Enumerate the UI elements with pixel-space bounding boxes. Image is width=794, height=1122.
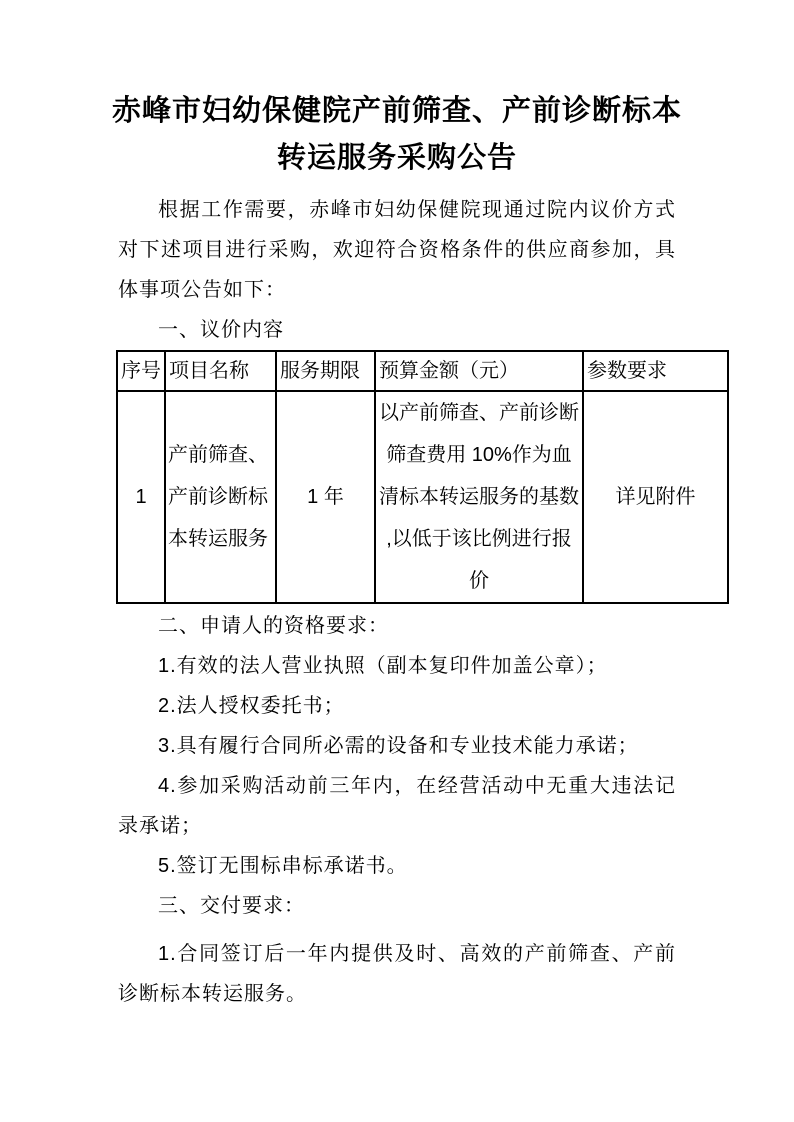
- column-header-budget: 预算金额（元）: [375, 351, 583, 391]
- cell-budget: 以产前筛查、产前诊断筛查费用 10%作为血清标本转运服务的基数 ,以低于该比例进…: [375, 391, 583, 603]
- document-title-line2: 转运服务采购公告: [277, 142, 517, 174]
- document-page: 赤峰市妇幼保健院产前筛查、产前诊断标本转运服务采购公告 根据工作需要，赤峰市妇幼…: [0, 0, 794, 1122]
- pricing-table-body: 1 产前筛查、产前诊断标本转运服务 1 年 以产前筛查、产前诊断筛查费用 10%…: [117, 391, 728, 603]
- delivery-item-1: 1.合同签订后一年内提供及时、高效的产前筛查、产前诊断标本转运服务。: [118, 934, 676, 1014]
- cell-service-term: 1 年: [276, 391, 375, 603]
- column-header-params: 参数要求: [583, 351, 728, 391]
- column-header-service-term: 服务期限: [276, 351, 375, 391]
- cell-project-name: 产前筛查、产前诊断标本转运服务: [165, 391, 276, 603]
- qualification-item-3: 3.具有履行合同所必需的设备和专业技术能力承诺；: [118, 726, 676, 766]
- qualification-item-4: 4.参加采购活动前三年内，在经营活动中无重大违法记录承诺；: [118, 766, 676, 846]
- section-heading-qualification: 二、申请人的资格要求：: [118, 606, 676, 646]
- pricing-table: 序号 项目名称 服务期限 预算金额（元） 参数要求 1 产前筛查、产前诊断标本转…: [116, 350, 729, 604]
- column-header-project-name: 项目名称: [165, 351, 276, 391]
- cell-params: 详见附件: [583, 391, 728, 603]
- section-heading-delivery: 三、交付要求：: [118, 886, 676, 926]
- document-title: 赤峰市妇幼保健院产前筛查、产前诊断标本转运服务采购公告: [106, 88, 688, 182]
- document-title-line1: 赤峰市妇幼保健院产前筛查、产前诊断标本: [112, 95, 682, 127]
- column-header-seq: 序号: [117, 351, 165, 391]
- section-heading-pricing: 一、议价内容: [118, 310, 676, 350]
- pricing-table-header: 序号 项目名称 服务期限 预算金额（元） 参数要求: [117, 351, 728, 391]
- intro-paragraph: 根据工作需要，赤峰市妇幼保健院现通过院内议价方式对下述项目进行采购，欢迎符合资格…: [118, 190, 676, 310]
- qualification-item-2: 2.法人授权委托书；: [118, 686, 676, 726]
- table-header-row: 序号 项目名称 服务期限 预算金额（元） 参数要求: [117, 351, 728, 391]
- qualification-item-5: 5.签订无围标串标承诺书。: [118, 846, 676, 886]
- table-row: 1 产前筛查、产前诊断标本转运服务 1 年 以产前筛查、产前诊断筛查费用 10%…: [117, 391, 728, 603]
- qualification-item-1: 1.有效的法人营业执照（副本复印件加盖公章）；: [118, 646, 676, 686]
- cell-seq: 1: [117, 391, 165, 603]
